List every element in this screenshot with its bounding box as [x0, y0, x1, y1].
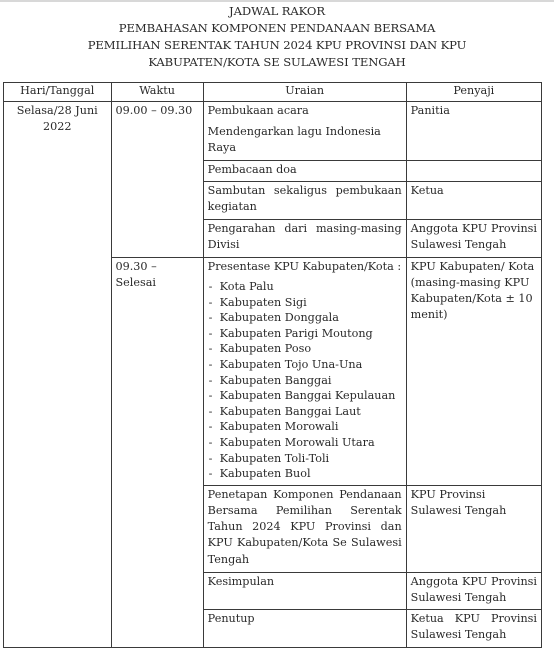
list-item: Kabupaten Banggai Kepulauan: [208, 388, 402, 404]
header-hari-tanggal: Hari/Tanggal: [4, 83, 112, 102]
penyaji-cell: KPU Kabupaten/ Kota (masing-masing KPU K…: [406, 257, 541, 485]
table-row: Selasa/28 Juni 2022 09.00 – 09.30 Pembuk…: [4, 102, 542, 161]
list-item: Kabupaten Donggala: [208, 310, 402, 326]
penyaji-cell: KPU Provinsi Sulawesi Tengah: [406, 485, 541, 572]
uraian-text: Presentase KPU Kabupaten/Kota :: [208, 259, 402, 275]
uraian-cell: Kesimpulan: [203, 572, 406, 609]
penyaji-cell: Panitia: [406, 102, 541, 161]
header-uraian: Uraian: [203, 83, 406, 102]
title-line-1: JADWAL RAKOR: [0, 3, 554, 20]
uraian-cell: Pembacaan doa: [203, 160, 406, 181]
header-waktu: Waktu: [111, 83, 203, 102]
table-header-row: Hari/Tanggal Waktu Uraian Penyaji: [4, 83, 542, 102]
title-line-2: PEMBAHASAN KOMPONEN PENDANAAN BERSAMA: [0, 20, 554, 37]
uraian-text: Pembukaan acara: [208, 103, 402, 119]
time-cell: 09.00 – 09.30: [111, 102, 203, 258]
list-item: Kabupaten Banggai Laut: [208, 404, 402, 420]
list-item: Kabupaten Tojo Una-Una: [208, 357, 402, 373]
uraian-text: Mendengarkan lagu Indonesia Raya: [208, 124, 402, 156]
schedule-table: Hari/Tanggal Waktu Uraian Penyaji Selasa…: [3, 82, 542, 648]
list-item: Kota Palu: [208, 279, 402, 295]
penyaji-cell: Ketua KPU Provinsi Sulawesi Tengah: [406, 610, 541, 647]
title-line-4: KABUPATEN/KOTA SE SULAWESI TENGAH: [0, 54, 554, 71]
list-item: Kabupaten Poso: [208, 341, 402, 357]
list-item: Kabupaten Buol: [208, 466, 402, 482]
uraian-cell: Sambutan sekaligus pembukaan kegiatan: [203, 181, 406, 219]
list-item: Kabupaten Morowali: [208, 419, 402, 435]
penyaji-cell: Anggota KPU Provinsi Sulawesi Tengah: [406, 572, 541, 609]
uraian-cell: Penutup: [203, 610, 406, 647]
penyaji-cell: Ketua: [406, 181, 541, 219]
uraian-cell: Penetapan Komponen Pendanaan Bersama Pem…: [203, 485, 406, 572]
list-item: Kabupaten Sigi: [208, 295, 402, 311]
title-line-3: PEMILIHAN SERENTAK TAHUN 2024 KPU PROVIN…: [0, 37, 554, 54]
day-cell: Selasa/28 Juni 2022: [4, 102, 112, 648]
document-title: JADWAL RAKOR PEMBAHASAN KOMPONEN PENDANA…: [0, 3, 554, 71]
top-border-line: [0, 0, 554, 2]
list-item: Kabupaten Morowali Utara: [208, 435, 402, 451]
uraian-cell: Pembukaan acara Mendengarkan lagu Indone…: [203, 102, 406, 161]
list-item: Kabupaten Parigi Moutong: [208, 326, 402, 342]
kabupaten-list: Kota PaluKabupaten SigiKabupaten Donggal…: [208, 279, 402, 482]
penyaji-cell: Anggota KPU Provinsi Sulawesi Tengah: [406, 219, 541, 257]
list-item: Kabupaten Banggai: [208, 373, 402, 389]
time-cell: 09.30 – Selesai: [111, 257, 203, 647]
uraian-cell: Presentase KPU Kabupaten/Kota : Kota Pal…: [203, 257, 406, 485]
list-item: Kabupaten Toli-Toli: [208, 451, 402, 467]
uraian-cell: Pengarahan dari masing-masing Divisi: [203, 219, 406, 257]
penyaji-cell: [406, 160, 541, 181]
header-penyaji: Penyaji: [406, 83, 541, 102]
